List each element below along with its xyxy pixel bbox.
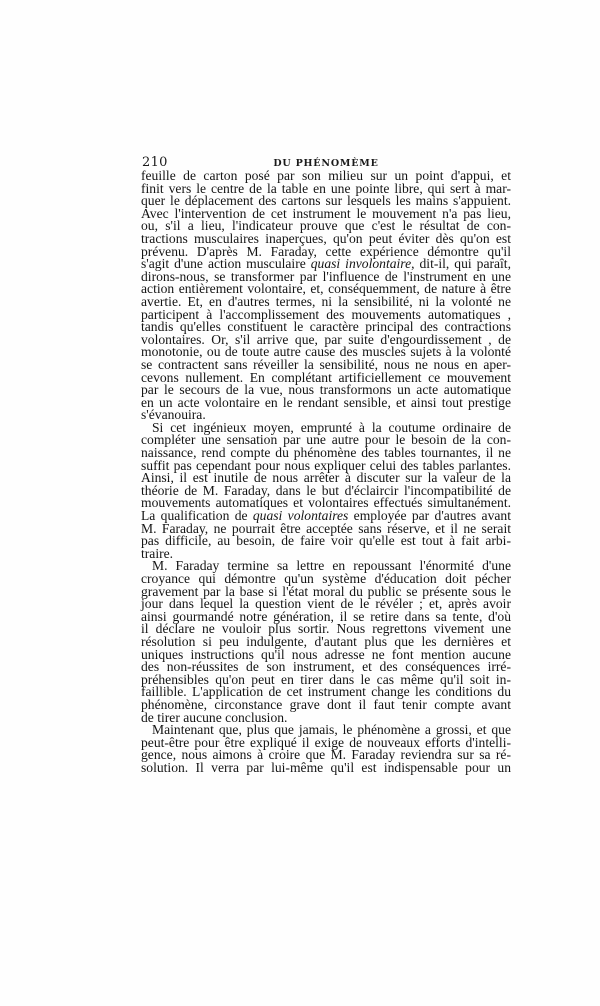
- text-line: solution. Il verra par lui-même qu'il es…: [141, 762, 511, 775]
- text-line: pas difficile, au besoin, de faire voir …: [141, 535, 511, 548]
- book-page: 210 DU PHÉNOMÈME feuille de carton posé …: [0, 0, 600, 1006]
- body-text: feuille de carton posé par son milieu su…: [141, 170, 511, 775]
